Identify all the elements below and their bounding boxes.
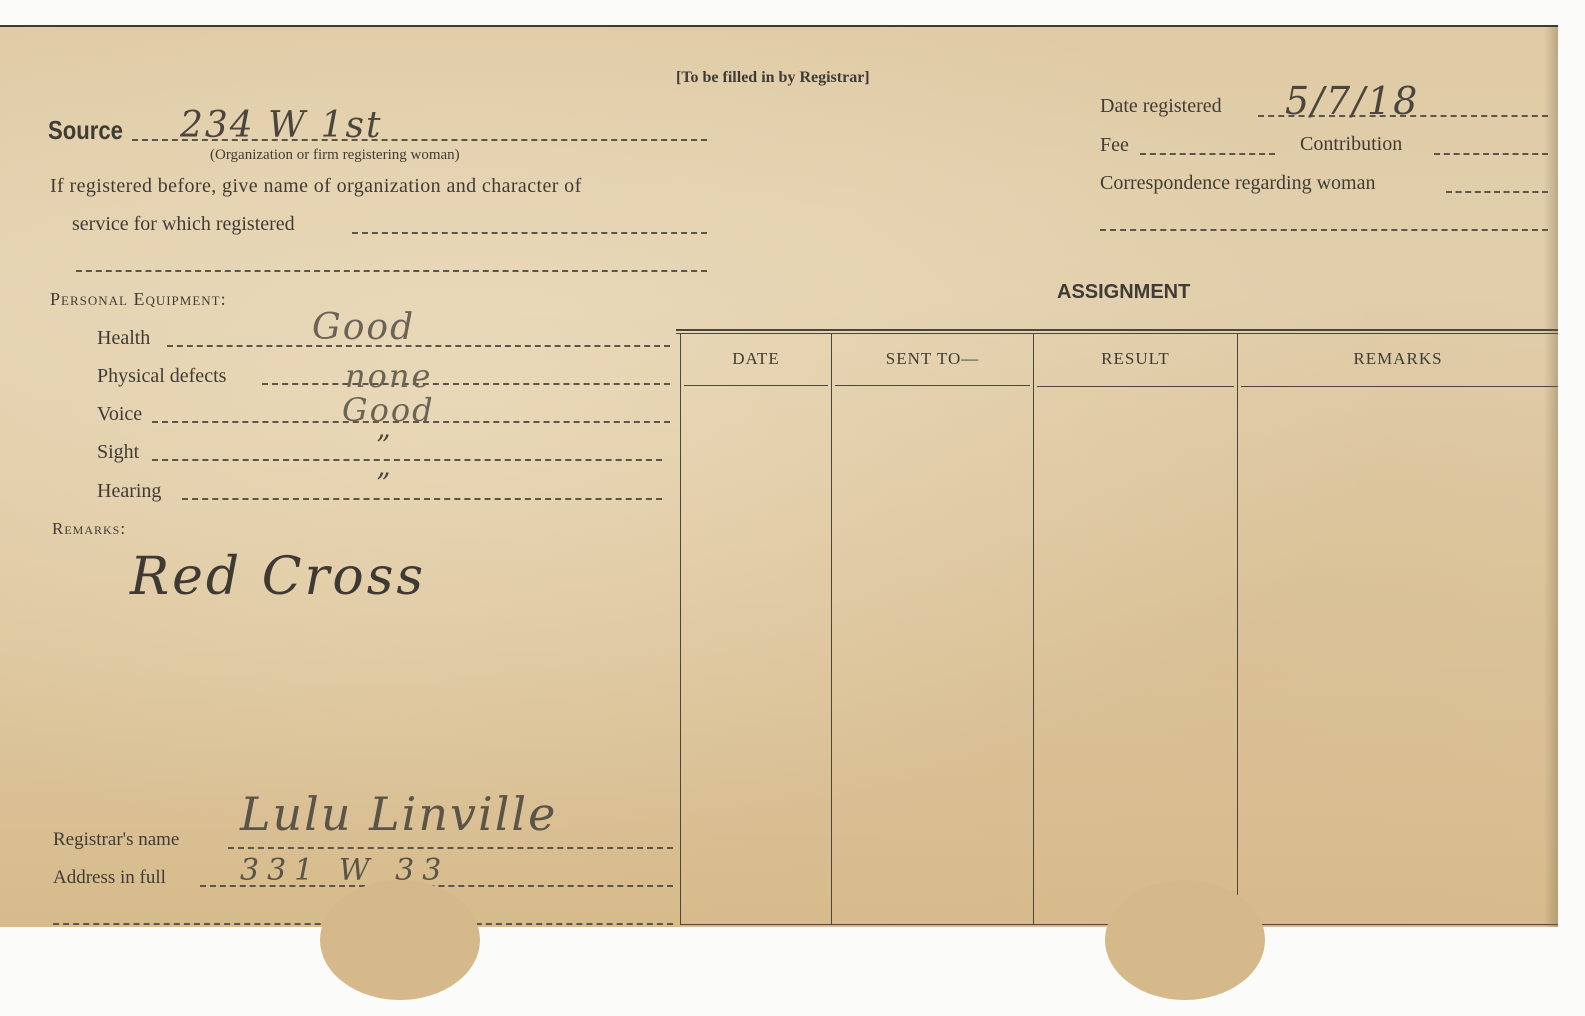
col-header-sent-to: SENT TO— [832,349,1033,369]
sight-label: Sight [97,441,139,464]
hearing-label: Hearing [97,480,161,503]
date-registered-value[interactable]: 5/7/18 [1285,79,1419,123]
source-value[interactable]: 234 W 1st [180,105,382,146]
voice-value[interactable]: Good [342,391,435,429]
header-rule-date [684,385,828,386]
registered-before-line2: service for which registered [72,213,295,236]
date-registered-label: Date registered [1100,95,1222,118]
physical-defects-label: Physical defects [97,365,226,388]
correspondence-line-2[interactable] [1100,229,1548,231]
contribution-label: Contribution [1300,133,1402,156]
registrar-name-value[interactable]: Lulu Linville [240,787,557,841]
assignment-top-rule [676,329,1558,331]
fee-label: Fee [1100,134,1129,157]
address-label: Address in full [53,867,166,889]
header-rule-remarks [1241,386,1558,387]
index-tab-left [320,880,480,1000]
health-line [167,345,670,347]
assignment-cell-sent-to[interactable] [833,389,1032,922]
assignment-cell-result[interactable] [1035,389,1236,922]
col-divider-3 [1237,334,1238,924]
remarks-label: Remarks: [52,519,126,539]
col-divider-2 [1033,334,1034,924]
personal-equipment-heading: Personal Equipment: [50,289,227,310]
hearing-value[interactable]: ” [376,467,392,500]
sight-line [152,459,662,461]
correspondence-label: Correspondence regarding woman [1100,172,1375,195]
physical-defects-value[interactable]: none [345,357,432,395]
contribution-line[interactable] [1434,153,1548,155]
source-sublabel: (Organization or firm registering woman) [210,147,460,164]
assignment-cell-date[interactable] [682,389,830,922]
health-label: Health [97,327,150,350]
col-divider-1 [831,334,832,924]
registered-before-line[interactable] [352,232,707,234]
remarks-value[interactable]: Red Cross [130,547,426,607]
col-header-remarks: REMARKS [1238,349,1558,369]
source-label: Source [48,115,123,146]
header-rule-sent-to [835,385,1030,386]
registrar-note: [To be filled in by Registrar] [676,69,870,87]
col-header-result: RESULT [1034,349,1237,369]
col-header-date: DATE [681,349,831,369]
voice-label: Voice [97,403,142,426]
correspondence-line[interactable] [1446,191,1548,193]
assignment-cell-remarks[interactable] [1239,389,1557,922]
hearing-line [182,498,662,500]
fee-line[interactable] [1140,153,1275,155]
assignment-title: ASSIGNMENT [1057,281,1190,304]
registered-before-line1: If registered before, give name of organ… [50,175,582,198]
registration-card: [To be filled in by Registrar] Source 23… [0,25,1558,927]
header-rule-result [1037,386,1234,387]
registrar-name-label: Registrar's name [53,829,179,851]
registered-before-line-2[interactable] [76,270,707,272]
physical-defects-line [262,383,670,385]
registrar-name-line [228,847,673,849]
index-tab-right [1105,880,1265,1000]
table-border-left [680,334,681,924]
health-value[interactable]: Good [312,307,415,348]
assignment-top-rule-2 [676,333,1558,334]
sight-value[interactable]: ” [376,429,392,462]
